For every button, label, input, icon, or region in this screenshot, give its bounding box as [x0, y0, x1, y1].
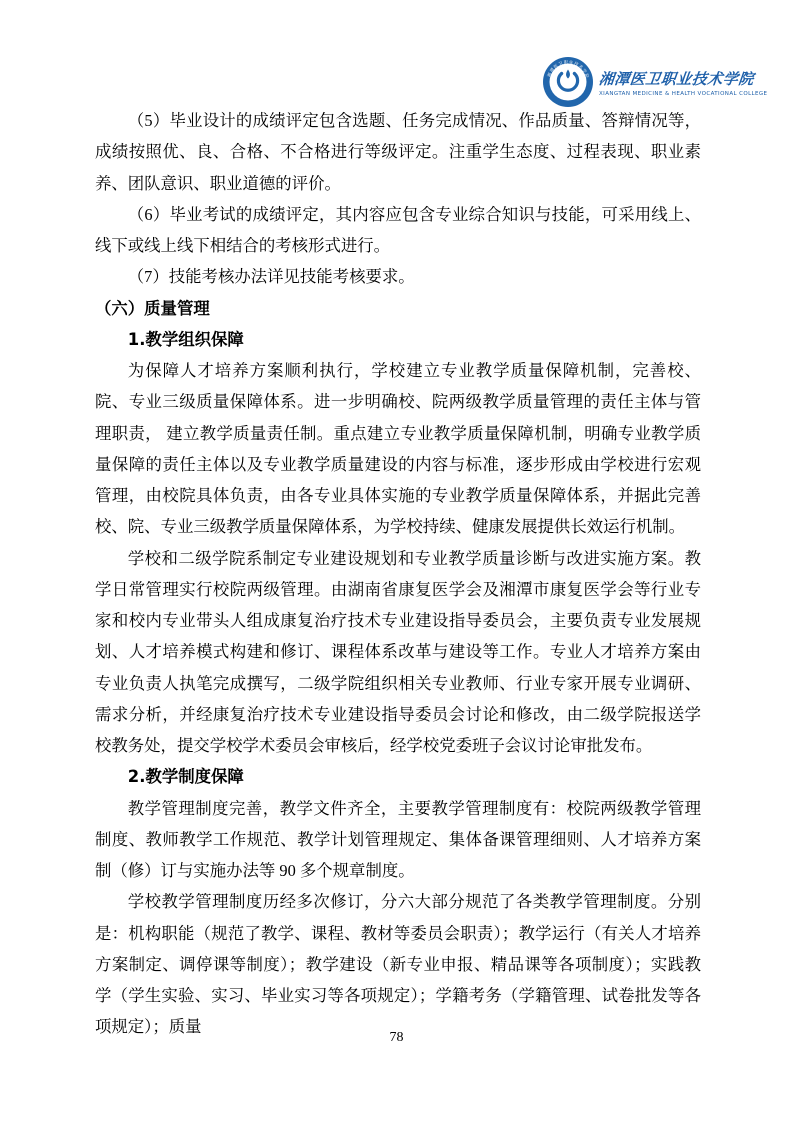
paragraph: 为保障人才培养方案顺利执行，学校建立专业教学质量保障机制，完善校、院、专业三级质… [95, 355, 701, 543]
college-name-en: XIANGTAN MEDICINE & HEALTH VOCATIONAL CO… [599, 91, 767, 97]
college-logo-icon: 湘潭医卫职业技术学院 XTMHVC · 医卫 · XTMHVC [542, 56, 594, 108]
section-heading: 1.教学组织保障 [95, 324, 701, 355]
page-header: 湘潭医卫职业技术学院 XTMHVC · 医卫 · XTMHVC 湘潭医卫职业技术… [542, 56, 767, 108]
paragraph: （5）毕业设计的成绩评定包含选题、任务完成情况、作品质量、答辩情况等，成绩按照优… [95, 105, 701, 199]
paragraph: 学校和二级学院系制定专业建设规划和专业教学质量诊断与改进实施方案。教学日常管理实… [95, 543, 701, 762]
paragraph: 学校教学管理制度历经多次修订，分六大部分规范了各类教学管理制度。分别是：机构职能… [95, 886, 701, 1042]
section-heading: （六）质量管理 [95, 293, 701, 324]
paragraph: 教学管理制度完善，教学文件齐全，主要教学管理制度有：校院两级教学管理制度、教师教… [95, 793, 701, 887]
college-name-cn: 湘潭医卫职业技术学院 [598, 68, 769, 89]
college-wordmark: 湘潭医卫职业技术学院 XIANGTAN MEDICINE & HEALTH VO… [599, 68, 767, 97]
document-body: （5）毕业设计的成绩评定包含选题、任务完成情况、作品质量、答辩情况等，成绩按照优… [95, 105, 701, 1043]
paragraph: （7）技能考核办法详见技能考核要求。 [95, 261, 701, 292]
section-heading: 2.教学制度保障 [95, 761, 701, 792]
page-footer: 78 [0, 1030, 793, 1046]
paragraph: （6）毕业考试的成绩评定，其内容应包含专业综合知识与技能，可采用线上、线下或线上… [95, 199, 701, 262]
document-page: 湘潭医卫职业技术学院 XTMHVC · 医卫 · XTMHVC 湘潭医卫职业技术… [0, 0, 793, 1122]
page-number: 78 [390, 1030, 404, 1045]
